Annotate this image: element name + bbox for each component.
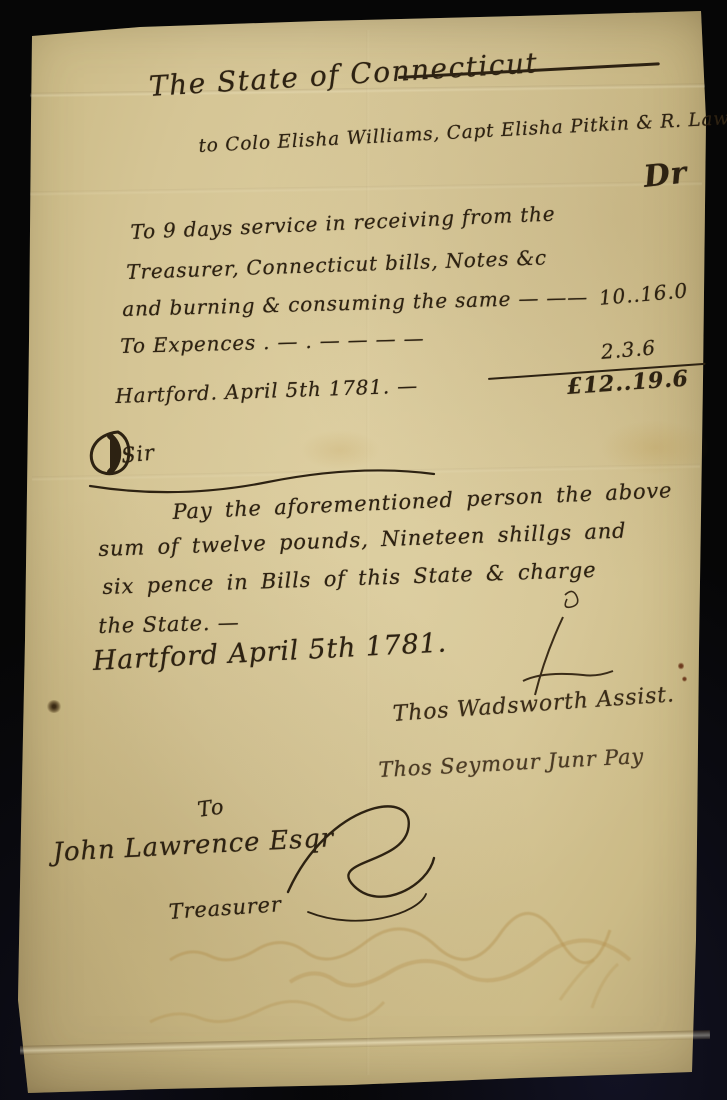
salutation: Sir xyxy=(120,440,156,467)
ink-flourish-esquire xyxy=(268,782,438,922)
debit-mark: Dr xyxy=(642,155,689,194)
order-line-4: the State. — xyxy=(98,610,240,638)
amount-expences: 2.3.6 xyxy=(600,335,657,364)
ink-bleedthrough xyxy=(140,930,720,1050)
photo-background: The State of Connecticut to Colo Elisha … xyxy=(0,0,727,1100)
address-to: To xyxy=(196,794,226,821)
